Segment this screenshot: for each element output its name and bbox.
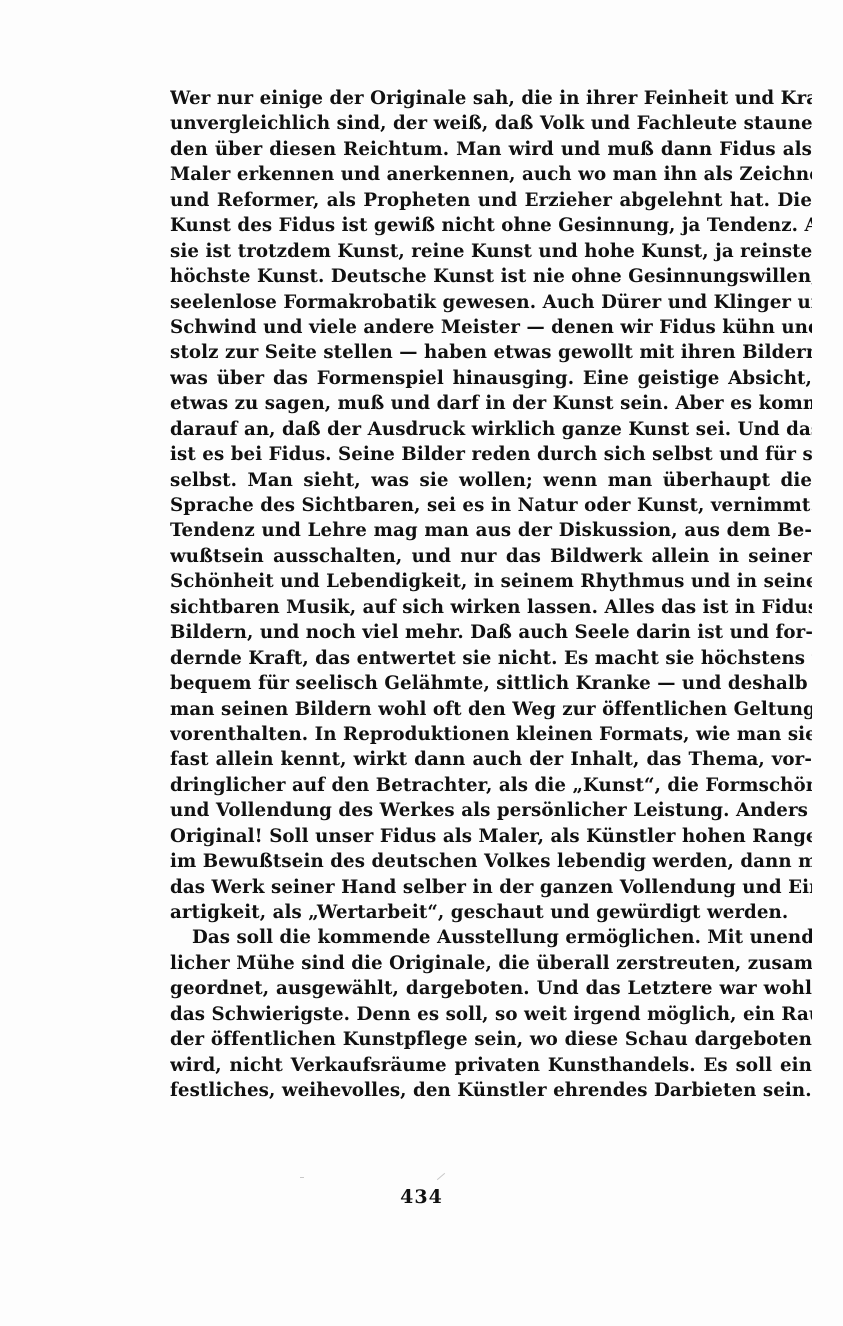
text-line: den über diesen Reichtum. Man wird und m…	[170, 137, 812, 162]
text-line: sichtbaren Musik, auf sich wirken lassen…	[170, 595, 812, 620]
text-line: festliches, weihevolles, den Künstler eh…	[170, 1078, 812, 1103]
text-line: im Bewußtsein des deutschen Volkes leben…	[170, 849, 812, 874]
text-line: licher Mühe sind die Originale, die über…	[170, 951, 812, 976]
paragraph-2: Das soll die kommende Ausstellung ermögl…	[170, 925, 812, 1103]
scan-mark	[437, 1173, 445, 1180]
text-line: das Schwierigste. Denn es soll, so weit …	[170, 1002, 812, 1027]
text-line: man seinen Bildern wohl oft den Weg zur …	[170, 697, 812, 722]
text-line: Maler erkennen und anerkennen, auch wo m…	[170, 162, 812, 187]
text-line: geordnet, ausgewählt, dargeboten. Und da…	[170, 976, 812, 1001]
text-line: seelenlose Formakrobatik gewesen. Auch D…	[170, 290, 812, 315]
text-line: das Werk seiner Hand selber in der ganze…	[170, 875, 812, 900]
body-text: Wer nur einige der Originale sah, die in…	[170, 86, 812, 1104]
text-line: stolz zur Seite stellen — haben etwas ge…	[170, 340, 812, 365]
page-number: 434	[0, 1186, 843, 1208]
text-line: höchste Kunst. Deutsche Kunst ist nie oh…	[170, 264, 812, 289]
text-line: wird, nicht Verkaufsräume privaten Kunst…	[170, 1053, 812, 1078]
text-line: Tendenz und Lehre mag man aus der Diskus…	[170, 518, 812, 543]
text-line: und Reformer, als Propheten und Erzieher…	[170, 188, 812, 213]
paragraph-1: Wer nur einige der Originale sah, die in…	[170, 86, 812, 925]
text-line: Schwind und viele andere Meister — denen…	[170, 315, 812, 340]
text-line: und Vollendung des Werkes als persönlich…	[170, 798, 812, 823]
text-line: selbst. Man sieht, was sie wollen; wenn …	[170, 468, 812, 493]
text-line: ist es bei Fidus. Seine Bilder reden dur…	[170, 442, 812, 467]
text-line: unvergleichlich sind, der weiß, daß Volk…	[170, 111, 812, 136]
text-line: Wer nur einige der Originale sah, die in…	[170, 86, 812, 111]
text-line: was über das Formenspiel hinausging. Ein…	[170, 366, 812, 391]
text-line: Kunst des Fidus ist gewiß nicht ohne Ges…	[170, 213, 812, 238]
text-line: etwas zu sagen, muß und darf in der Kuns…	[170, 391, 812, 416]
text-line: sie ist trotzdem Kunst, reine Kunst und …	[170, 239, 812, 264]
text-line: dernde Kraft, das entwertet sie nicht. E…	[170, 646, 812, 671]
text-line: Das soll die kommende Ausstellung ermögl…	[170, 925, 812, 950]
text-line: dringlicher auf den Betrachter, als die …	[170, 773, 812, 798]
text-line: wußtsein ausschalten, und nur das Bildwe…	[170, 544, 812, 569]
text-line: Bildern, und noch viel mehr. Daß auch Se…	[170, 620, 812, 645]
text-line: Original! Soll unser Fidus als Maler, al…	[170, 824, 812, 849]
text-line: artigkeit, als „Wertarbeit“, geschaut un…	[170, 900, 812, 925]
text-line: der öffentlichen Kunstpflege sein, wo di…	[170, 1027, 812, 1052]
scan-mark	[300, 1177, 304, 1178]
book-page: Wer nur einige der Originale sah, die in…	[0, 0, 843, 1326]
text-line: Sprache des Sichtbaren, sei es in Natur …	[170, 493, 812, 518]
text-line: bequem für seelisch Gelähmte, sittlich K…	[170, 671, 812, 696]
text-line: Schönheit und Lebendigkeit, in seinem Rh…	[170, 569, 812, 594]
text-line: fast allein kennt, wirkt dann auch der I…	[170, 747, 812, 772]
text-line: vorenthalten. In Reproduktionen kleinen …	[170, 722, 812, 747]
text-line: darauf an, daß der Ausdruck wirklich gan…	[170, 417, 812, 442]
